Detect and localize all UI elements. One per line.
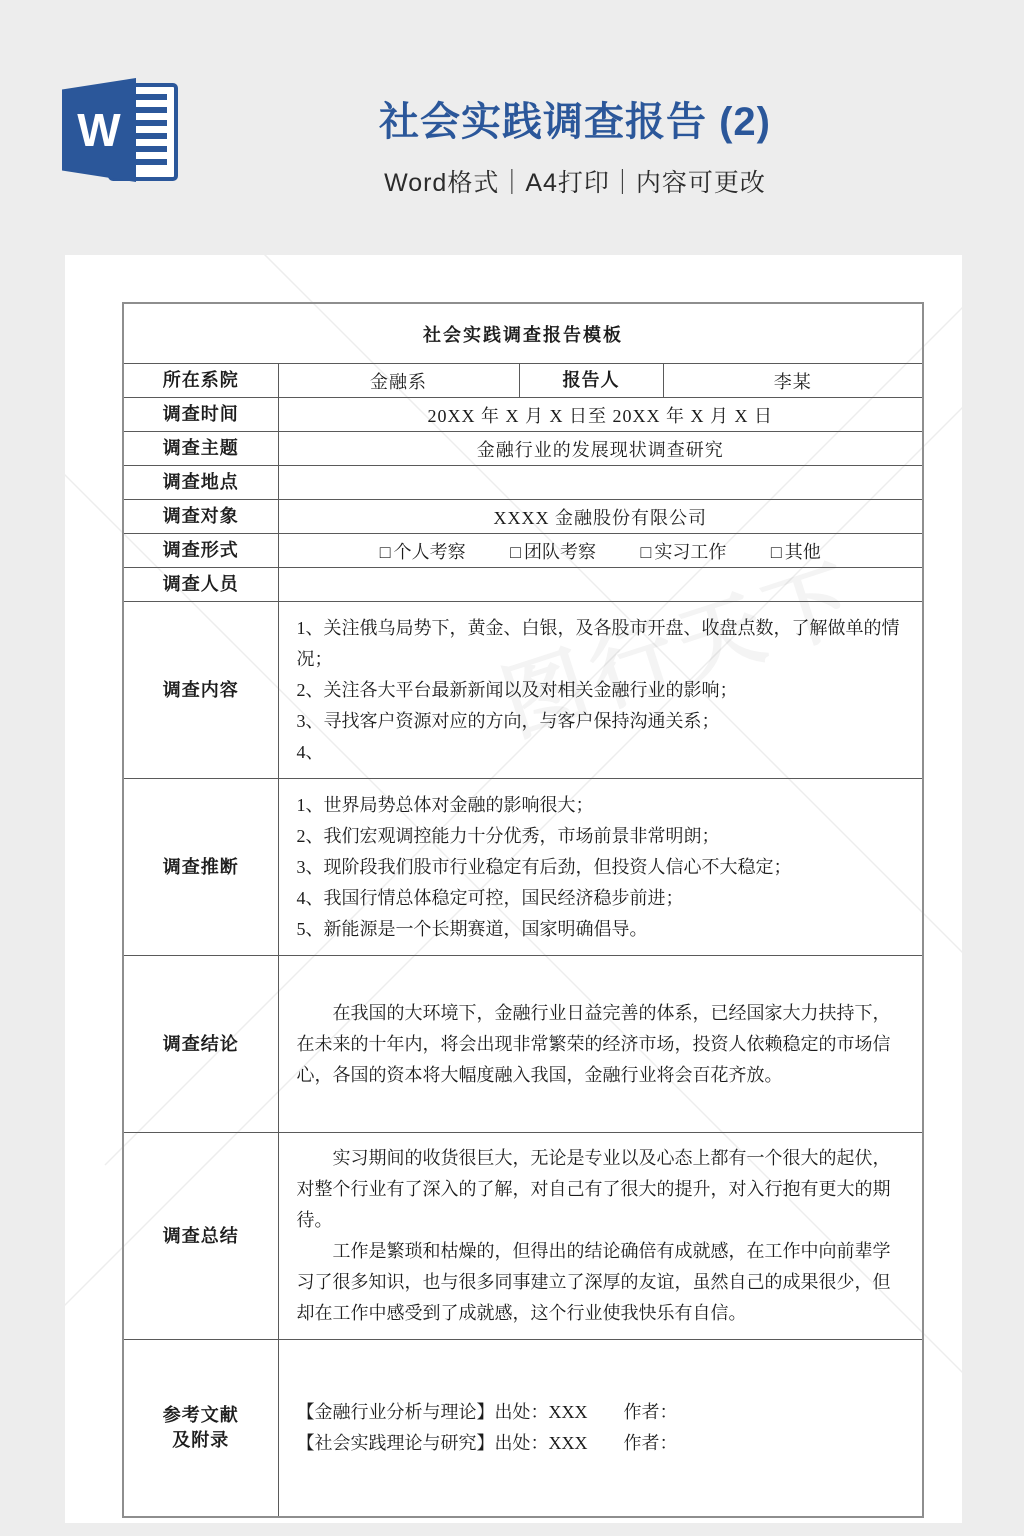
checkbox-group: □个人考察 □团队考察 □实习工作 □其他 <box>278 534 923 568</box>
section-body: 1、关注俄乌局势下，黄金、白银，及各股市开盘、收盘点数，了解做单的情况；2、关注… <box>278 602 923 779</box>
word-logo-icon: W <box>62 78 180 182</box>
checkbox-option-team[interactable]: □团队考察 <box>510 542 596 562</box>
section-survey-content: 调查内容 1、关注俄乌局势下，黄金、白银，及各股市开盘、收盘点数，了解做单的情况… <box>123 602 923 779</box>
section-survey-conclusion: 调查结论 在我国的大环境下，金融行业日益完善的体系，已经国家大力扶持下，在未来的… <box>123 956 923 1133</box>
checkbox-label: 实习工作 <box>654 542 726 562</box>
content-paragraph: 在我国的大环境下，金融行业日益完善的体系，已经国家大力扶持下，在未来的十年内，将… <box>297 998 907 1091</box>
checkbox-icon: □ <box>771 542 782 562</box>
content-line: 3、寻找客户资源对应的方向，与客户保持沟通关系； <box>297 706 907 737</box>
field-label: 调查主题 <box>123 432 278 466</box>
reference-line: 【社会实践理论与研究】出处：XXX 作者： <box>297 1428 907 1459</box>
field-label: 报告人 <box>519 364 663 398</box>
word-w-flap-icon: W <box>62 78 136 182</box>
section-survey-inference: 调查推断 1、世界局势总体对金融的影响很大；2、我们宏观调控能力十分优秀，市场前… <box>123 779 923 956</box>
document-page: 图行天下 社会实践调查报告模板 所在系院 金融系 报告人 李某 调查时间 20X… <box>65 255 962 1523</box>
row-survey-topic: 调查主题 金融行业的发展现状调查研究 <box>123 432 923 466</box>
field-label: 所在系院 <box>123 364 278 398</box>
table-title-row: 社会实践调查报告模板 <box>123 303 923 364</box>
content-line: 1、世界局势总体对金融的影响很大； <box>297 790 907 821</box>
field-value: 金融行业的发展现状调查研究 <box>278 432 923 466</box>
field-label: 调查对象 <box>123 500 278 534</box>
section-label: 调查总结 <box>123 1133 278 1340</box>
row-survey-form: 调查形式 □个人考察 □团队考察 □实习工作 □其他 <box>123 534 923 568</box>
section-label: 参考文献 及附录 <box>123 1340 278 1517</box>
content-line: 3、现阶段我们股市行业稳定有后劲，但投资人信心不大稳定； <box>297 852 907 883</box>
page-title: 社会实践调查报告 (2) <box>180 90 970 147</box>
checkbox-icon: □ <box>380 542 391 562</box>
section-survey-summary: 调查总结 实习期间的收货很巨大，无论是专业以及心态上都有一个很大的起伏，对整个行… <box>123 1133 923 1340</box>
field-label: 调查地点 <box>123 466 278 500</box>
content-line: 1、关注俄乌局势下，黄金、白银，及各股市开盘、收盘点数，了解做单的情况； <box>297 613 907 675</box>
field-value <box>278 466 923 500</box>
section-label: 调查结论 <box>123 956 278 1133</box>
row-survey-place: 调查地点 <box>123 466 923 500</box>
header-text-block: 社会实践调查报告 (2) Word格式｜A4打印｜内容可更改 <box>180 90 970 199</box>
checkbox-icon: □ <box>510 542 521 562</box>
content-line: 4、 <box>297 737 907 768</box>
content-line: 2、我们宏观调控能力十分优秀，市场前景非常明朗； <box>297 821 907 852</box>
field-label: 调查人员 <box>123 568 278 602</box>
content-line: 4、我国行情总体稳定可控，国民经济稳步前进； <box>297 883 907 914</box>
field-value: 金融系 <box>278 364 519 398</box>
field-value: 李某 <box>663 364 923 398</box>
field-value <box>278 568 923 602</box>
checkbox-label: 团队考察 <box>524 542 596 562</box>
field-value: XXXX 金融股份有限公司 <box>278 500 923 534</box>
section-body: 在我国的大环境下，金融行业日益完善的体系，已经国家大力扶持下，在未来的十年内，将… <box>278 956 923 1133</box>
section-references: 参考文献 及附录 【金融行业分析与理论】出处：XXX 作者：【社会实践理论与研究… <box>123 1340 923 1517</box>
row-survey-staff: 调查人员 <box>123 568 923 602</box>
report-table: 社会实践调查报告模板 所在系院 金融系 报告人 李某 调查时间 20XX 年 X… <box>122 302 924 1518</box>
section-body: 【金融行业分析与理论】出处：XXX 作者：【社会实践理论与研究】出处：XXX 作… <box>278 1340 923 1517</box>
field-label: 调查时间 <box>123 398 278 432</box>
content-line: 2、关注各大平台最新新闻以及对相关金融行业的影响； <box>297 675 907 706</box>
template-preview-canvas: W 社会实践调查报告 (2) Word格式｜A4打印｜内容可更改 图行天下 社会… <box>0 0 1024 1536</box>
row-department: 所在系院 金融系 报告人 李某 <box>123 364 923 398</box>
page-subtitle: Word格式｜A4打印｜内容可更改 <box>180 163 970 199</box>
field-label: 调查形式 <box>123 534 278 568</box>
row-survey-time: 调查时间 20XX 年 X 月 X 日至 20XX 年 X 月 X 日 <box>123 398 923 432</box>
content-line: 5、新能源是一个长期赛道，国家明确倡导。 <box>297 914 907 945</box>
field-value: 20XX 年 X 月 X 日至 20XX 年 X 月 X 日 <box>278 398 923 432</box>
content-paragraph: 工作是繁琐和枯燥的，但得出的结论确倍有成就感，在工作中向前辈学习了很多知识，也与… <box>297 1236 907 1329</box>
word-letter: W <box>77 107 120 153</box>
checkbox-label: 个人考察 <box>394 542 466 562</box>
reference-line: 【金融行业分析与理论】出处：XXX 作者： <box>297 1397 907 1428</box>
table-title: 社会实践调查报告模板 <box>123 303 923 364</box>
row-survey-target: 调查对象 XXXX 金融股份有限公司 <box>123 500 923 534</box>
section-body: 1、世界局势总体对金融的影响很大；2、我们宏观调控能力十分优秀，市场前景非常明朗… <box>278 779 923 956</box>
checkbox-icon: □ <box>641 542 652 562</box>
preview-header: W 社会实践调查报告 (2) Word格式｜A4打印｜内容可更改 <box>0 0 1024 255</box>
section-label: 调查内容 <box>123 602 278 779</box>
section-body: 实习期间的收货很巨大，无论是专业以及心态上都有一个很大的起伏，对整个行业有了深入… <box>278 1133 923 1340</box>
section-label: 调查推断 <box>123 779 278 956</box>
checkbox-option-personal[interactable]: □个人考察 <box>380 542 466 562</box>
checkbox-option-internship[interactable]: □实习工作 <box>641 542 727 562</box>
checkbox-label: 其他 <box>785 542 821 562</box>
checkbox-option-other[interactable]: □其他 <box>771 542 821 562</box>
content-paragraph: 实习期间的收货很巨大，无论是专业以及心态上都有一个很大的起伏，对整个行业有了深入… <box>297 1143 907 1236</box>
